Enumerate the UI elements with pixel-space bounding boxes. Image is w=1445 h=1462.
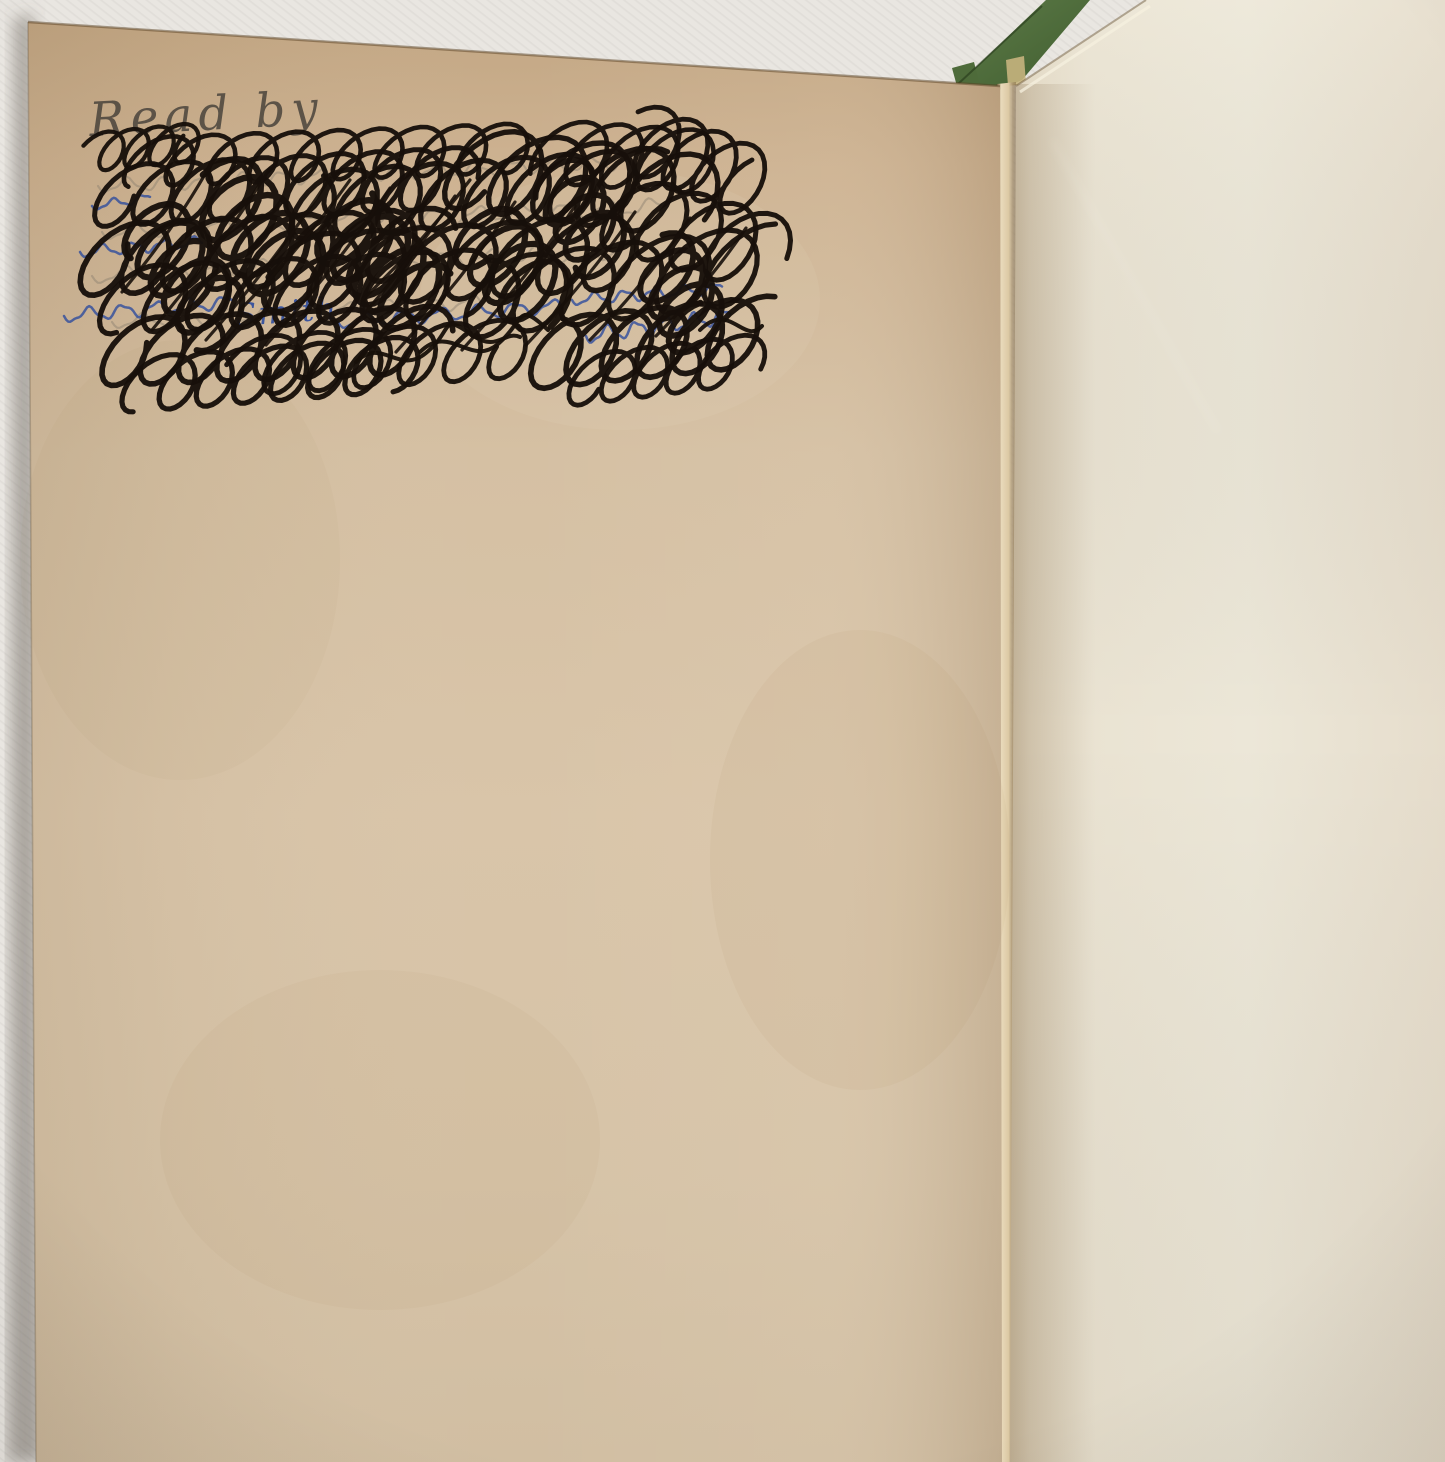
photo-vignette bbox=[0, 0, 1445, 1462]
book-photo: Read by Smith bbox=[0, 0, 1445, 1462]
